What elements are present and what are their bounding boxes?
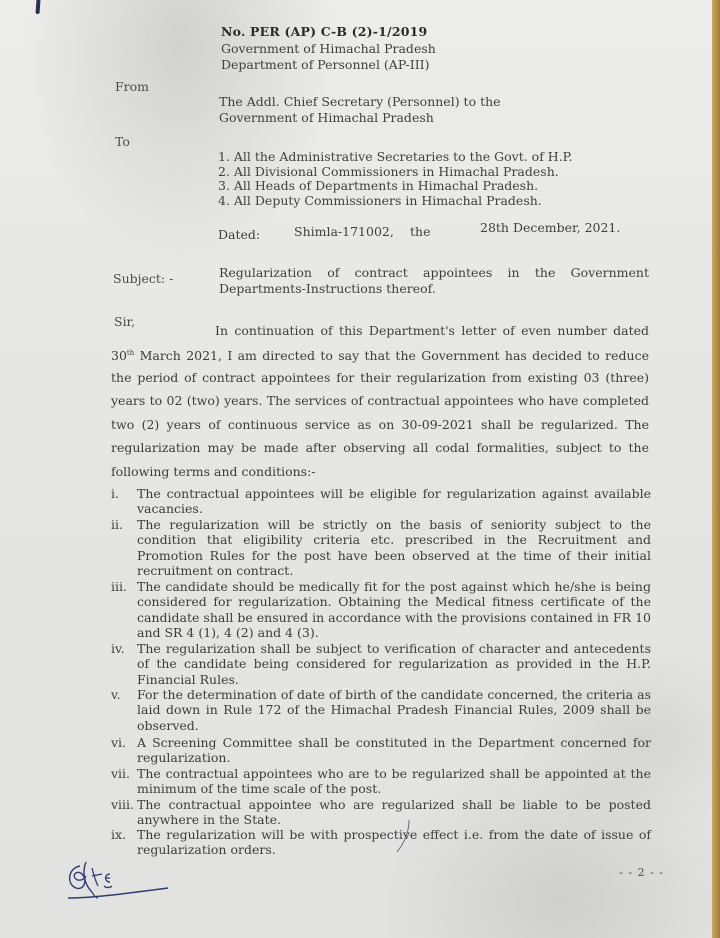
condition-text: The contractual appointees will be eligi… <box>137 486 651 517</box>
signature-icon <box>62 858 182 908</box>
condition-item: i. The contractual appointees will be el… <box>111 486 651 517</box>
condition-item: vii. The contractual appointees who are … <box>111 766 651 797</box>
recipient-item: 4. All Deputy Commissioners in Himachal … <box>218 194 573 209</box>
body-date-day: 30 <box>111 348 127 363</box>
condition-item: iii. The candidate should be medically f… <box>111 579 651 641</box>
condition-text: A Screening Committee shall be constitut… <box>137 735 651 766</box>
recipient-item: 1. All the Administrative Secretaries to… <box>218 150 573 165</box>
subject-line-1: Regularization of contract appointees in… <box>219 265 649 280</box>
condition-number: iv. <box>111 641 137 656</box>
condition-item: v. For the determination of date of birt… <box>111 687 651 733</box>
body-line: two (2) years of continuous service as o… <box>111 413 649 437</box>
body-line-text: March 2021, I am directed to say that th… <box>134 348 649 363</box>
condition-text: For the determination of date of birth o… <box>137 687 651 733</box>
letter-number: No. PER (AP) C-B (2)-1/2019 <box>221 24 427 39</box>
to-label: To <box>115 134 130 149</box>
condition-number: iii. <box>111 579 137 594</box>
condition-text: The regularization will be with prospect… <box>137 827 651 858</box>
document-page: No. PER (AP) C-B (2)-1/2019 Government o… <box>0 0 712 938</box>
condition-number: i. <box>111 486 137 501</box>
page-edge <box>712 0 720 938</box>
condition-text: The candidate should be medically fit fo… <box>137 579 651 641</box>
dated-place: Shimla-171002, <box>294 224 394 239</box>
condition-number: ii. <box>111 517 137 532</box>
condition-item: ii. The regularization will be strictly … <box>111 517 651 579</box>
pen-mark <box>36 0 41 14</box>
body-line: the period of contract appointees for th… <box>111 366 649 390</box>
subject-line-2: Departments-Instructions thereof. <box>219 281 436 296</box>
condition-number: vi. <box>111 735 137 750</box>
recipient-item: 3. All Heads of Departments in Himachal … <box>218 179 573 194</box>
condition-item: iv. The regularization shall be subject … <box>111 641 651 687</box>
dated-the: the <box>410 224 430 239</box>
subject-label: Subject: - <box>113 271 173 286</box>
body-line: years to 02 (two) years. The services of… <box>111 389 649 413</box>
condition-number: viii. <box>111 797 137 812</box>
body-line: 30th March 2021, I am directed to say th… <box>111 342 649 368</box>
page-indicator: - - 2 - - <box>619 866 664 879</box>
recipient-item: 2. All Divisional Commissioners in Himac… <box>218 165 573 180</box>
salutation: Sir, <box>114 314 135 329</box>
letter-date: 28th December, 2021. <box>480 220 620 235</box>
body-line: In continuation of this Department's let… <box>215 319 649 343</box>
condition-text: The regularization shall be subject to v… <box>137 641 651 687</box>
department-name: Department of Personnel (AP-III) <box>221 57 429 72</box>
condition-item: viii. The contractual appointee who are … <box>111 797 651 828</box>
condition-number: v. <box>111 687 137 702</box>
dated-label: Dated: <box>218 227 260 242</box>
pen-stroke-mark <box>395 818 413 854</box>
condition-item: ix. The regularization will be with pros… <box>111 827 651 858</box>
body-line: regularization may be made after observi… <box>111 436 649 460</box>
condition-text: The regularization will be strictly on t… <box>137 517 651 579</box>
recipient-list: 1. All the Administrative Secretaries to… <box>218 150 573 208</box>
condition-number: ix. <box>111 827 137 842</box>
government-name: Government of Himachal Pradesh <box>221 41 436 56</box>
condition-item: vi. A Screening Committee shall be const… <box>111 735 651 766</box>
body-line: following terms and conditions:- <box>111 460 649 484</box>
condition-text: The contractual appointees who are to be… <box>137 766 651 797</box>
from-line-1: The Addl. Chief Secretary (Personnel) to… <box>219 94 501 109</box>
condition-text: The contractual appointee who are regula… <box>137 797 651 828</box>
from-line-2: Government of Himachal Pradesh <box>219 110 434 125</box>
condition-number: vii. <box>111 766 137 781</box>
from-label: From <box>115 79 149 94</box>
